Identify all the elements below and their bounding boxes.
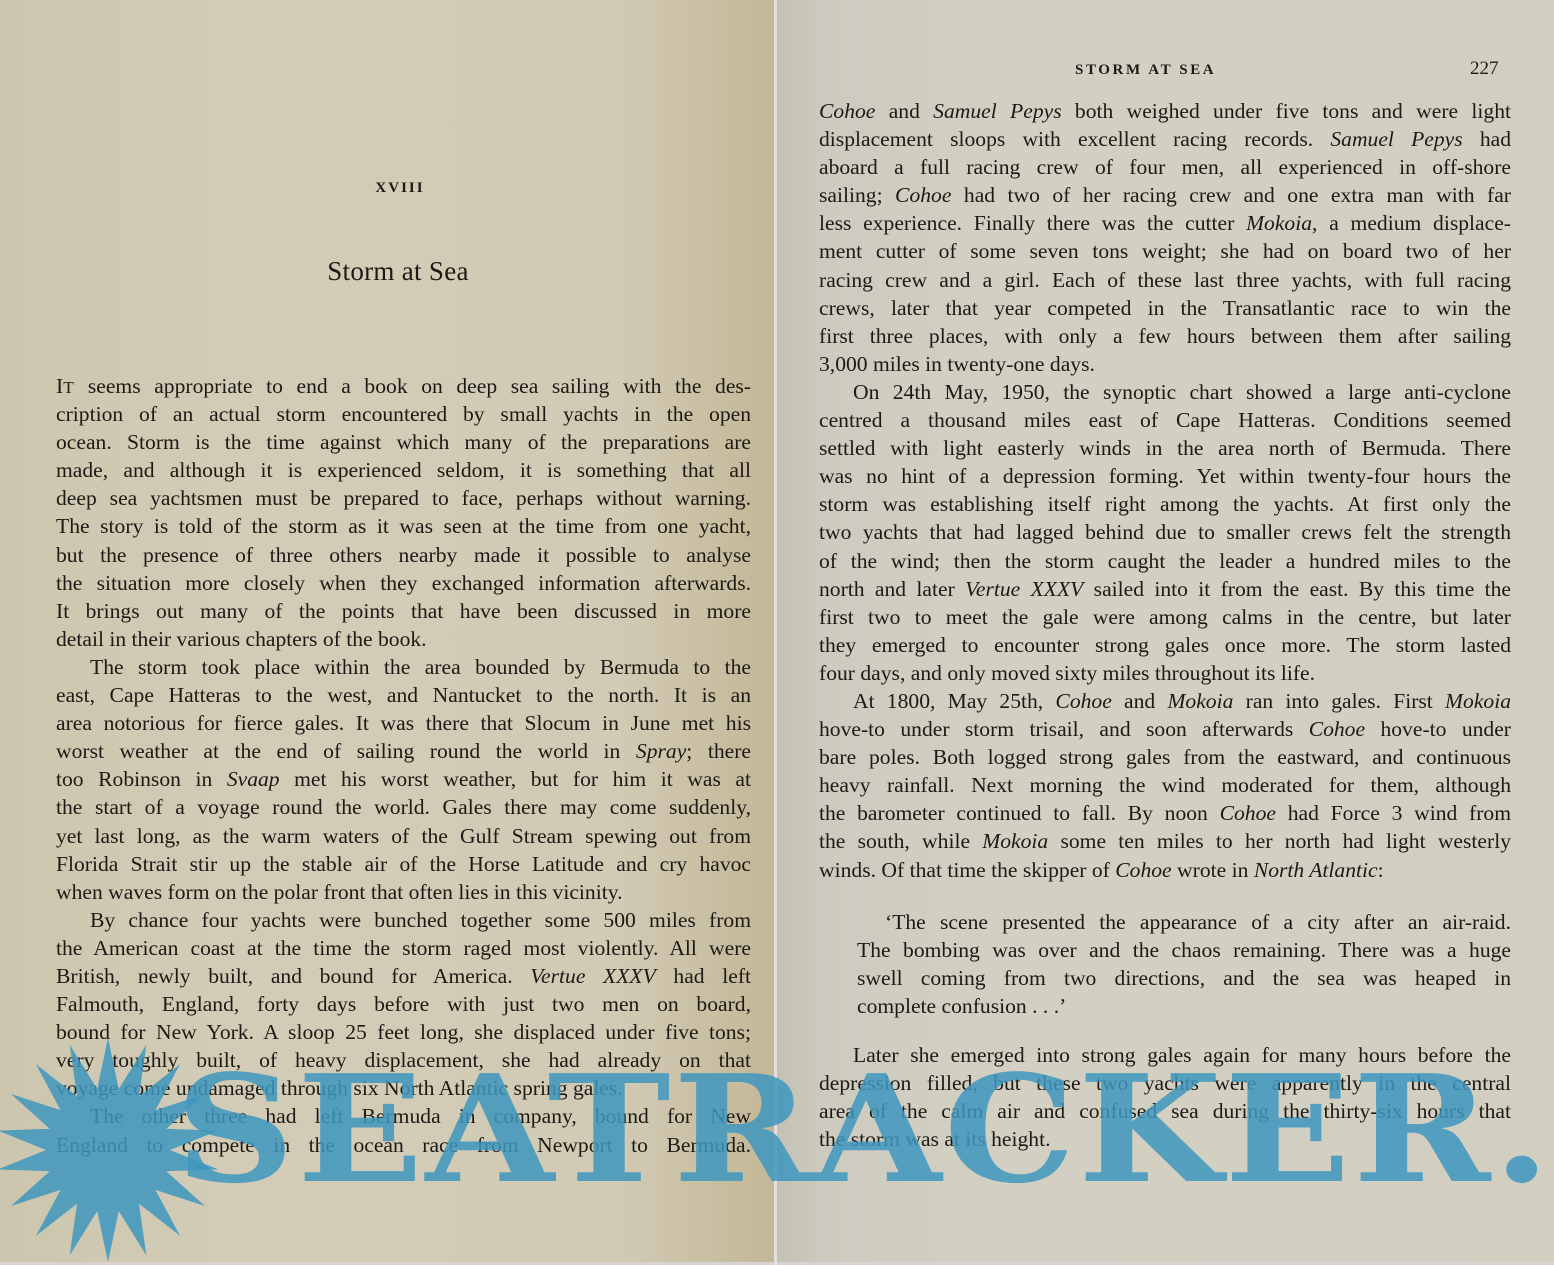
text-line: Florida Strait stir up the stable air of…	[56, 850, 751, 878]
text-line: centred a thousand miles east of Cape Ha…	[819, 406, 1511, 434]
text-line: aboard a full racing crew of four men, a…	[819, 153, 1511, 181]
text-line: displacement sloops with excellent racin…	[819, 125, 1511, 153]
text-line: less experience. Finally there was the c…	[819, 209, 1511, 237]
text-line: deep sea yachtsmen must be prepared to f…	[56, 484, 751, 512]
text-line: cription of an actual storm encountered …	[56, 400, 751, 428]
text-line: when waves form on the polar front that …	[56, 878, 751, 906]
text-line: IT seems appropriate to end a book on de…	[56, 372, 751, 400]
text-line: heavy rainfall. Next morning the wind mo…	[819, 771, 1511, 799]
text-line: By chance four yachts were bunched toget…	[56, 906, 751, 934]
running-head: STORM AT SEA	[1075, 62, 1216, 79]
text-line: Falmouth, England, forty days before wit…	[56, 990, 751, 1018]
text-line: Cohoe and Samuel Pepys both weighed unde…	[819, 97, 1511, 125]
page-number: 227	[1470, 58, 1499, 80]
text-line: winds. Of that time the skipper of Cohoe…	[819, 856, 1511, 884]
text-line: the start of a voyage round the world. G…	[56, 793, 751, 821]
text-line: the situation more closely when they exc…	[56, 569, 751, 597]
text-line: made, and although it is experienced sel…	[56, 456, 751, 484]
text-line: of the wind; then the storm caught the l…	[819, 547, 1511, 575]
text-line: the barometer continued to fall. By noon…	[819, 799, 1511, 827]
text-line: the American coast at the time the storm…	[56, 934, 751, 962]
text-line: swell coming from two directions, and th…	[857, 964, 1511, 992]
text-line: The storm took place within the area bou…	[56, 653, 751, 681]
text-line: On 24th May, 1950, the synoptic chart sh…	[819, 378, 1511, 406]
text-line: yet last long, as the warm waters of the…	[56, 822, 751, 850]
text-line: sailing; Cohoe had two of her racing cre…	[819, 181, 1511, 209]
right-body-text: Cohoe and Samuel Pepys both weighed unde…	[819, 97, 1511, 884]
block-quote: ‘The scene presented the appearance of a…	[857, 908, 1511, 1020]
text-line: ment cutter of some seven tons weight; s…	[819, 237, 1511, 265]
text-line: The story is told of the storm as it was…	[56, 512, 751, 540]
text-line: British, newly built, and bound for Amer…	[56, 962, 751, 990]
text-line: complete confusion . . .’	[857, 992, 1511, 1020]
text-line: crews, later that year competed in the T…	[819, 294, 1511, 322]
text-line: racing crew and a girl. Each of these la…	[819, 266, 1511, 294]
text-line: ‘The scene presented the appearance of a…	[857, 908, 1511, 936]
text-line: storm was establishing itself right amon…	[819, 490, 1511, 518]
text-line: too Robinson in Svaap met his worst weat…	[56, 765, 751, 793]
text-line: It brings out many of the points that ha…	[56, 597, 751, 625]
text-line: east, Cape Hatteras to the west, and Nan…	[56, 681, 751, 709]
chapter-number: XVIII	[0, 180, 800, 197]
text-line: was no hint of a depression forming. Yet…	[819, 462, 1511, 490]
text-line: The bombing was over and the chaos remai…	[857, 936, 1511, 964]
text-line: settled with light easterly winds in the…	[819, 434, 1511, 462]
text-line: first three places, with only a few hour…	[819, 322, 1511, 350]
text-line: At 1800, May 25th, Cohoe and Mokoia ran …	[819, 687, 1511, 715]
text-line: first two to meet the gale were among ca…	[819, 603, 1511, 631]
watermark-text: SEATRACKER.RU	[175, 1055, 1554, 1203]
text-line: worst weather at the end of sailing roun…	[56, 737, 751, 765]
text-line: two yachts that had lagged behind due to…	[819, 518, 1511, 546]
text-line: four days, and only moved sixty miles th…	[819, 659, 1511, 687]
text-line: area notorious for fierce gales. It was …	[56, 709, 751, 737]
text-line: ocean. Storm is the time against which m…	[56, 428, 751, 456]
text-line: detail in their various chapters of the …	[56, 625, 751, 653]
chapter-title: Storm at Sea	[0, 256, 796, 287]
text-line: 3,000 miles in twenty-one days.	[819, 350, 1511, 378]
text-line: hove-to under storm trisail, and soon af…	[819, 715, 1511, 743]
left-body-text: IT seems appropriate to end a book on de…	[56, 372, 751, 1159]
text-line: bare poles. Both logged strong gales fro…	[819, 743, 1511, 771]
text-line: they emerged to encounter strong gales o…	[819, 631, 1511, 659]
text-line: north and later Vertue XXXV sailed into …	[819, 575, 1511, 603]
text-line: the south, while Mokoia some ten miles t…	[819, 827, 1511, 855]
text-line: but the presence of three others nearby …	[56, 541, 751, 569]
